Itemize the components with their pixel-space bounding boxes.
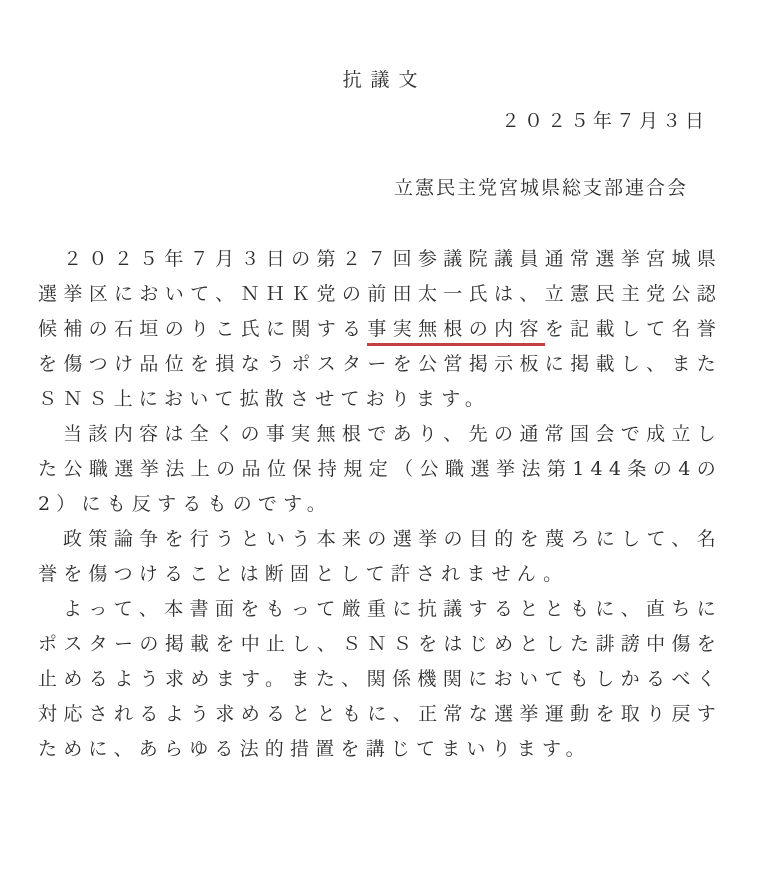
body-paragraph-1: ２０２５年７月３日の第２７回参議院議員通常選挙宮城県選挙区において、ＮＨＫ党の前…	[38, 242, 722, 417]
red-underlined-phrase: 事実無根の内容	[367, 318, 544, 346]
body-paragraph-3: 政策論争を行うという本来の選挙の目的を蔑ろにして、名誉を傷つけることは断固として…	[38, 522, 722, 592]
document-date: ２０２５年７月３日	[0, 111, 760, 131]
document-sender: 立憲民主党宮城県総支部連合会	[0, 178, 760, 198]
body-paragraph-4: よって、本書面をもって厳重に抗議するとともに、直ちにポスターの掲載を中止し、ＳＮ…	[38, 592, 722, 767]
body-paragraph-2: 当該内容は全くの事実無根であり、先の通常国会で成立した公職選挙法上の品位保持規定…	[38, 417, 722, 522]
protest-letter-page: 抗議文 ２０２５年７月３日 立憲民主党宮城県総支部連合会 ２０２５年７月３日の第…	[0, 0, 760, 887]
document-title: 抗議文	[0, 0, 760, 90]
document-body: ２０２５年７月３日の第２７回参議院議員通常選挙宮城県選挙区において、ＮＨＫ党の前…	[38, 242, 722, 767]
